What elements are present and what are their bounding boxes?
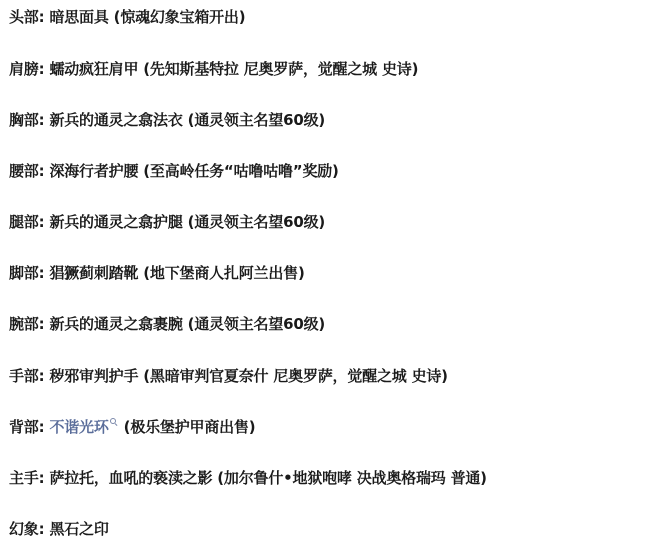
item-name: 黑石之印 [49,520,108,538]
slot-label: 主手: [9,469,44,487]
slot-label: 背部: [9,418,44,436]
item-source: (至高岭任务“咕噜咕噜”奖励) [143,162,338,180]
item-source: (极乐堡护甲商出售) [124,418,256,436]
item-name: 新兵的通灵之翕法衣 [49,111,182,129]
item-source: (加尔鲁什•地狱咆哮 决战奥格瑞玛 普通) [217,469,487,487]
item-name: 新兵的通灵之翕护腿 [49,213,182,231]
slot-label: 头部: [9,8,44,26]
equipment-row-chest: 胸部: 新兵的通灵之翕法衣 (通灵领主名望60级) [9,108,325,132]
equipment-row-waist: 腰部: 深海行者护腰 (至高岭任务“咕噜咕噜”奖励) [9,159,339,183]
equipment-row-wrist: 腕部: 新兵的通灵之翕裹腕 (通灵领主名望60级) [9,312,325,336]
slot-label: 腿部: [9,213,44,231]
item-name: 秽邪审判护手 [49,367,138,385]
equipment-row-head: 头部: 暗思面具 (惊魂幻象宝箱开出) [9,5,245,29]
item-source: (黑暗审判官夏奈什 尼奥罗萨，觉醒之城 史诗) [143,367,448,385]
equipment-row-hands: 手部: 秽邪审判护手 (黑暗审判官夏奈什 尼奥罗萨，觉醒之城 史诗) [9,364,448,388]
slot-label: 肩膀: [9,60,44,78]
equipment-row-illusion: 幻象: 黑石之印 [9,517,109,541]
item-name: 暗思面具 [49,8,108,26]
equipment-row-legs: 腿部: 新兵的通灵之翕护腿 (通灵领主名望60级) [9,210,325,234]
search-icon[interactable] [110,418,117,425]
slot-label: 腕部: [9,315,44,333]
item-name: 新兵的通灵之翕裹腕 [49,315,182,333]
equipment-row-shoulder: 肩膀: 蠕动疯狂肩甲 (先知斯基特拉 尼奥罗萨，觉醒之城 史诗) [9,57,418,81]
item-source: (通灵领主名望60级) [188,315,325,333]
slot-label: 手部: [9,367,44,385]
slot-label: 胸部: [9,111,44,129]
item-name: 蠕动疯狂肩甲 [49,60,138,78]
item-name: 深海行者护腰 [49,162,138,180]
item-link[interactable]: 不谐光环 [49,418,108,436]
item-name: 猖獗蓟刺踏靴 [49,264,138,282]
item-source: (先知斯基特拉 尼奥罗萨，觉醒之城 史诗) [143,60,418,78]
equipment-row-back: 背部: 不谐光环 (极乐堡护甲商出售) [9,415,255,439]
item-source: (通灵领主名望60级) [188,111,325,129]
slot-label: 腰部: [9,162,44,180]
item-source: (通灵领主名望60级) [188,213,325,231]
slot-label: 幻象: [9,520,44,538]
equipment-row-feet: 脚部: 猖獗蓟刺踏靴 (地下堡商人扎阿兰出售) [9,261,305,285]
item-name: 萨拉托，血吼的亵渎之影 [49,469,212,487]
equipment-row-main-hand: 主手: 萨拉托，血吼的亵渎之影 (加尔鲁什•地狱咆哮 决战奥格瑞玛 普通) [9,466,487,490]
item-source: (地下堡商人扎阿兰出售) [143,264,304,282]
item-source: (惊魂幻象宝箱开出) [114,8,246,26]
slot-label: 脚部: [9,264,44,282]
